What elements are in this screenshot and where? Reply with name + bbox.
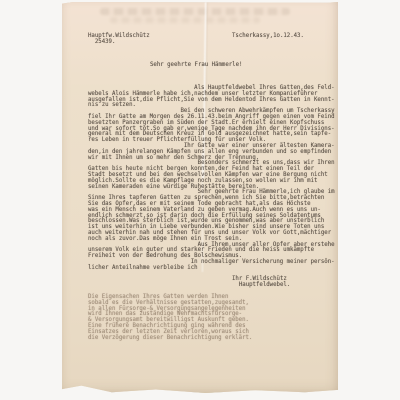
salutation-line: Sehr geehrte Frau Hämmerle! xyxy=(150,63,242,69)
ink-bleedthrough-smudge xyxy=(110,17,260,23)
letter-body-text: Als Hauptfeldwebel Ihres Gatten,des Feld… xyxy=(88,86,335,272)
signature-block: Ihr F.Wildschütz Hauptfeldwebel. xyxy=(232,277,290,289)
postscript-note: Die Eigensachen Ihres Gatten werden Ihne… xyxy=(88,295,252,341)
ink-bleedthrough-smudge xyxy=(100,8,290,15)
place-and-date-line: Tscherkassy,1o.12.43. xyxy=(232,34,304,40)
letter-document: Hauptfw.Wildschütz 25439. Tscherkassy,1o… xyxy=(62,2,338,393)
sender-unit-and-fieldpost-number: Hauptfw.Wildschütz 25439. xyxy=(88,34,150,46)
